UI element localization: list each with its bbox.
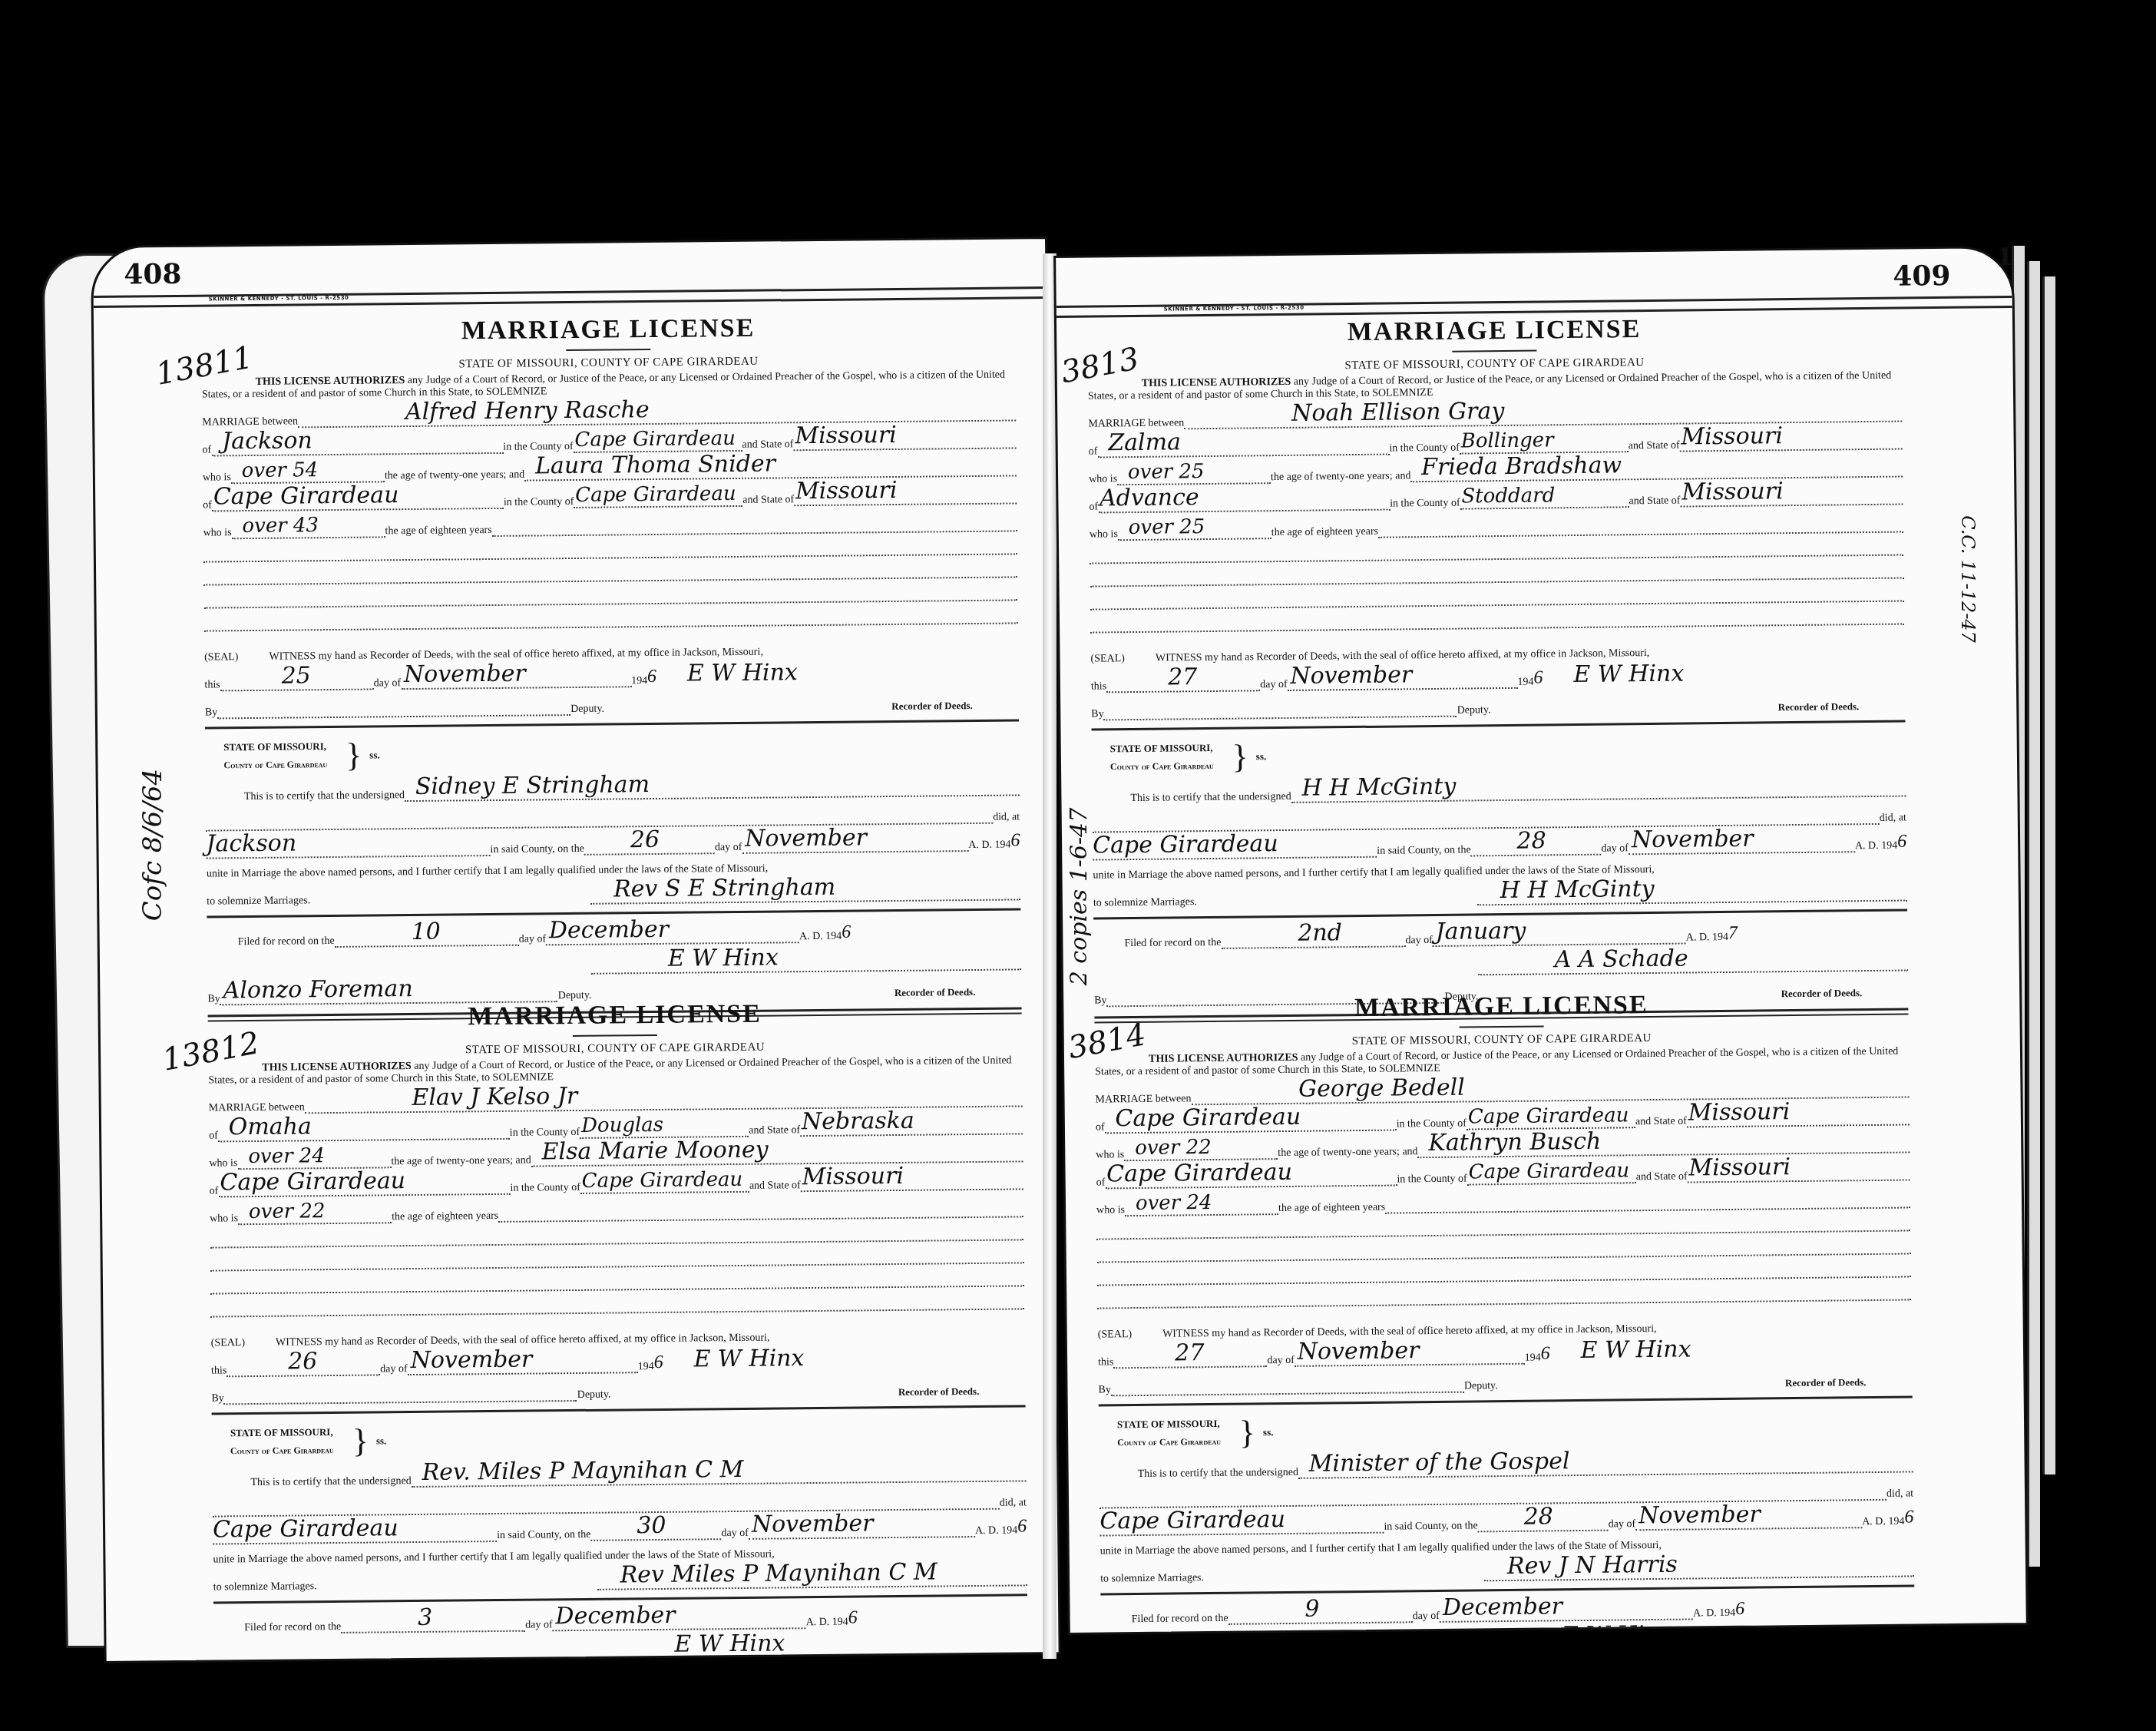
groom-county-field: Cape Girardeau bbox=[573, 430, 742, 453]
label: Recorder of Deeds. bbox=[1785, 1375, 1913, 1389]
label: County of Cape Girardeau bbox=[1117, 1433, 1221, 1451]
label: day of bbox=[525, 1619, 553, 1631]
label: this bbox=[211, 1365, 227, 1377]
label: who is bbox=[203, 527, 232, 539]
label: did, at bbox=[1886, 1488, 1913, 1500]
ceremony-month-field: November bbox=[1629, 831, 1855, 855]
brace: } bbox=[352, 1422, 369, 1461]
bride-county-field: Stoddard bbox=[1460, 486, 1629, 509]
ceremony-place-field: Cape Girardeau bbox=[213, 1521, 497, 1545]
label: did, at bbox=[993, 811, 1020, 823]
ceremony-place-field: Jackson bbox=[206, 835, 490, 859]
label: this bbox=[204, 679, 220, 691]
label: STATE OF MISSOURI, bbox=[1110, 739, 1214, 759]
label: did, at bbox=[1880, 813, 1906, 825]
filed-day: 3 bbox=[418, 1607, 432, 1630]
groom-state-field: Missouri bbox=[1679, 429, 1902, 452]
label: of bbox=[1089, 446, 1098, 458]
label: of bbox=[203, 500, 212, 512]
ceremony-place-field: Cape Girardeau bbox=[1093, 836, 1377, 861]
label: day of bbox=[1413, 1610, 1440, 1623]
bride-age: over 24 bbox=[1136, 1193, 1212, 1213]
label: Filed for record on the bbox=[1124, 937, 1221, 950]
filed-month: December bbox=[1443, 1595, 1562, 1620]
label: who is bbox=[203, 472, 231, 484]
groom-age: over 22 bbox=[1135, 1137, 1212, 1158]
filed-month: January bbox=[1436, 920, 1526, 944]
label: in said County, on the bbox=[1377, 844, 1471, 857]
groom-age-field: over 25 bbox=[1117, 462, 1271, 485]
officiant-name: Sidney E Stringham bbox=[415, 773, 650, 799]
label: the age of eighteen years bbox=[385, 525, 491, 538]
label: day of bbox=[519, 933, 547, 945]
bride-age-field: over 22 bbox=[238, 1202, 392, 1225]
filed-recorder-signature: E W Hinx bbox=[1562, 1623, 1672, 1635]
label: the age of twenty-one years; and bbox=[385, 469, 524, 483]
margin-note-right: C.C. 11-12-47 bbox=[1957, 515, 1979, 643]
bride-city-field: Cape Girardeau bbox=[218, 1173, 510, 1198]
filed-recorder-signature: E W Hinx bbox=[674, 1632, 785, 1656]
filed-year-digit: 6 bbox=[842, 922, 851, 943]
groom-state: Missouri bbox=[1681, 425, 1783, 448]
authorization-lead: THIS LICENSE AUTHORIZES bbox=[1149, 1052, 1298, 1065]
label: this bbox=[1091, 680, 1106, 693]
groom-state-field: Missouri bbox=[793, 427, 1016, 451]
label: County of Cape Girardeau bbox=[230, 1441, 334, 1460]
label: day of bbox=[1609, 1518, 1636, 1531]
label: and State of bbox=[1635, 1116, 1687, 1129]
bride-city-field: Cape Girardeau bbox=[212, 488, 504, 512]
label: 194 bbox=[631, 675, 647, 687]
bride-city-field: Advance bbox=[1098, 489, 1390, 514]
ceremony-day: 28 bbox=[1516, 829, 1546, 852]
recorder-signature: E W Hinx bbox=[1573, 663, 1684, 687]
label: ss. bbox=[1256, 750, 1267, 763]
ceremony-place: Cape Girardeau bbox=[1093, 832, 1278, 858]
groom-city: Omaha bbox=[229, 1115, 312, 1139]
groom-county: Bollinger bbox=[1461, 430, 1554, 451]
book-page-edges-right bbox=[2042, 276, 2055, 1474]
ceremony-place-field: Cape Girardeau bbox=[1099, 1512, 1384, 1537]
label: of bbox=[209, 1130, 218, 1142]
label: Recorder of Deeds. bbox=[891, 699, 1019, 713]
groom-county: Cape Girardeau bbox=[574, 429, 736, 450]
label: A. D. 194 bbox=[975, 1524, 1017, 1537]
label: 194 bbox=[638, 1361, 654, 1373]
groom-name: Elav J Kelso Jr bbox=[412, 1085, 577, 1110]
bride-state: Missouri bbox=[795, 479, 898, 503]
deputy-field bbox=[217, 694, 570, 719]
license-13812: 13812 MARRIAGE LICENSE STATE OF MISSOURI… bbox=[207, 995, 1028, 1663]
filed-recorder-signature: E W Hinx bbox=[668, 946, 779, 970]
title-rule bbox=[566, 349, 650, 351]
ceremony-place: Jackson bbox=[206, 832, 296, 856]
label: Deputy. bbox=[1464, 1380, 1498, 1392]
label: to solemnize Marriages. bbox=[213, 1580, 317, 1594]
ceremony-month-field: November bbox=[1635, 1507, 1862, 1531]
filed-month: December bbox=[549, 918, 669, 942]
groom-county-field: Bollinger bbox=[1460, 431, 1629, 454]
label: the age of twenty-one years; and bbox=[1271, 470, 1410, 484]
bride-state: Missouri bbox=[1681, 480, 1784, 504]
ceremony-day-field: 30 bbox=[590, 1518, 721, 1541]
page-number: 408 bbox=[124, 258, 182, 291]
authorization-lead: THIS LICENSE AUTHORIZES bbox=[262, 1061, 412, 1074]
officiant-signature: Rev S E Stringham bbox=[613, 876, 835, 902]
label: 194 bbox=[1525, 1352, 1541, 1365]
filed-recorder-field: E W Hinx bbox=[591, 941, 1021, 974]
label: the age of eighteen years bbox=[1271, 526, 1378, 539]
issued-day-field: 27 bbox=[1113, 1345, 1267, 1369]
label: This is to certify that the undersigned bbox=[244, 789, 405, 803]
officiant-signature: H H McGinty bbox=[1500, 878, 1655, 902]
officiant-name: Minister of the Gospel bbox=[1309, 1450, 1570, 1476]
ceremony-day-field: 28 bbox=[1470, 834, 1601, 857]
ceremony-month: November bbox=[745, 826, 867, 851]
issued-day: 26 bbox=[288, 1350, 317, 1373]
issued-year-digit: 6 bbox=[1533, 667, 1543, 688]
label: day of bbox=[380, 1363, 408, 1375]
filed-day-field: 9 bbox=[1228, 1601, 1412, 1625]
ceremony-place: Cape Girardeau bbox=[1099, 1508, 1285, 1534]
bride-county-field: Cape Girardeau bbox=[1467, 1162, 1636, 1185]
groom-age: over 25 bbox=[1128, 462, 1205, 482]
filed-month: December bbox=[555, 1604, 675, 1628]
bride-name: Laura Thoma Snider bbox=[535, 452, 775, 478]
groom-county: Cape Girardeau bbox=[1468, 1105, 1629, 1127]
label: and State of bbox=[749, 1124, 800, 1137]
issued-month-field: November bbox=[1295, 1343, 1525, 1367]
groom-city-field: Zalma bbox=[1097, 434, 1389, 458]
label: of bbox=[202, 445, 211, 457]
label: who is bbox=[1090, 528, 1118, 541]
label: day of bbox=[1601, 842, 1629, 855]
label: of bbox=[1096, 1121, 1105, 1134]
label: County of Cape Girardeau bbox=[223, 756, 327, 775]
brace: } bbox=[1232, 736, 1248, 776]
right-page: 409 SKINNER & KENNEDY - ST. LOUIS - R-25… bbox=[1053, 246, 2029, 1635]
label: this bbox=[1098, 1356, 1113, 1369]
bride-city: Cape Girardeau bbox=[1106, 1161, 1292, 1187]
issued-year-digit: 6 bbox=[653, 1352, 663, 1373]
groom-city-field: Jackson bbox=[211, 432, 503, 457]
filed-deputy-signature: Alonzo Foreman bbox=[223, 978, 413, 1002]
label: who is bbox=[210, 1213, 238, 1225]
filed-day: 9 bbox=[1305, 1598, 1319, 1621]
issued-day-field: 26 bbox=[227, 1354, 380, 1377]
deputy-field bbox=[224, 1380, 577, 1405]
filed-day-field: 10 bbox=[334, 925, 518, 948]
recorder-signature: E W Hinx bbox=[687, 661, 798, 685]
label: of bbox=[210, 1185, 219, 1197]
label: in the County of bbox=[504, 496, 574, 509]
groom-age-field: over 22 bbox=[1124, 1138, 1278, 1161]
label: County of Cape Girardeau bbox=[1110, 757, 1214, 776]
label: of bbox=[1089, 501, 1098, 514]
filed-month-field: December bbox=[552, 1607, 805, 1631]
section-rule bbox=[1099, 1395, 1913, 1406]
label: This is to certify that the undersigned bbox=[1130, 791, 1291, 805]
label: the age of twenty-one years; and bbox=[1278, 1146, 1417, 1160]
label: day of bbox=[715, 842, 742, 854]
label: to solemnize Marriages. bbox=[1093, 896, 1197, 909]
label: Recorder of Deeds. bbox=[1778, 700, 1906, 714]
issued-month: November bbox=[1298, 1339, 1420, 1364]
label: Filed for record on the bbox=[244, 1621, 341, 1634]
label: day of bbox=[721, 1527, 749, 1540]
bride-state: Missouri bbox=[1688, 1156, 1791, 1180]
ceremony-place: Cape Girardeau bbox=[213, 1517, 398, 1541]
bride-county-field: Cape Girardeau bbox=[574, 485, 742, 508]
groom-city: Jackson bbox=[222, 429, 312, 453]
label: Deputy. bbox=[1457, 704, 1491, 717]
label: in the County of bbox=[1390, 498, 1460, 511]
bride-name: Kathryn Busch bbox=[1428, 1130, 1601, 1155]
label: the age of eighteen years bbox=[1278, 1202, 1385, 1215]
label: and State of bbox=[742, 494, 794, 507]
label: who is bbox=[209, 1157, 237, 1170]
label: the age of twenty-one years; and bbox=[391, 1155, 531, 1169]
label: A. D. 194 bbox=[968, 839, 1010, 852]
ceremony-year-digit: 6 bbox=[1017, 1516, 1027, 1537]
bride-county-field: Cape Girardeau bbox=[580, 1171, 749, 1194]
issued-year-digit: 6 bbox=[647, 667, 656, 687]
label: who is bbox=[1096, 1149, 1124, 1161]
authorization-lead: THIS LICENSE AUTHORIZES bbox=[1142, 376, 1291, 389]
label: ss. bbox=[1263, 1426, 1274, 1438]
issued-day: 25 bbox=[281, 664, 310, 687]
tab-number: 1 bbox=[1996, 242, 2142, 271]
license-title: MARRIAGE LICENSE bbox=[201, 309, 1015, 348]
label: who is bbox=[1089, 473, 1117, 485]
label: day of bbox=[1260, 679, 1288, 691]
title-rule bbox=[1452, 350, 1536, 352]
bride-age-field: over 24 bbox=[1125, 1193, 1278, 1216]
bride-state-field: Missouri bbox=[801, 1168, 1023, 1192]
label: A. D. 194 bbox=[799, 931, 842, 944]
issued-day: 27 bbox=[1175, 1342, 1204, 1365]
filed-day-field: 3 bbox=[341, 1610, 525, 1633]
seal-label: (SEAL) bbox=[204, 651, 238, 664]
page-number: 409 bbox=[1893, 260, 1951, 293]
filed-day-field: 2nd bbox=[1221, 925, 1405, 949]
groom-state-field: Missouri bbox=[1687, 1104, 1910, 1127]
label: By bbox=[1091, 708, 1104, 720]
bride-state: Missouri bbox=[802, 1165, 904, 1189]
license-13813: 13813 MARRIAGE LICENSE STATE OF MISSOURI… bbox=[1087, 311, 1909, 1036]
label: Deputy. bbox=[570, 703, 604, 716]
groom-name: Alfred Henry Rasche bbox=[405, 399, 650, 424]
ceremony-day: 26 bbox=[630, 829, 660, 852]
groom-county: Douglas bbox=[581, 1115, 663, 1136]
ceremony-day: 28 bbox=[1524, 1505, 1553, 1528]
bride-age: over 22 bbox=[249, 1201, 326, 1222]
bride-state-field: Missouri bbox=[1680, 484, 1903, 508]
ceremony-month: November bbox=[752, 1512, 874, 1537]
section-rule bbox=[205, 719, 1019, 729]
groom-name: Noah Ellison Gray bbox=[1291, 400, 1505, 425]
label: to solemnize Marriages. bbox=[1100, 1572, 1204, 1585]
filed-month-field: December bbox=[546, 922, 799, 945]
label: in said County, on the bbox=[1384, 1520, 1478, 1533]
recorder-sig-field: E W Hinx bbox=[663, 1349, 1026, 1373]
label: A. D. 194 bbox=[1855, 840, 1897, 853]
label: A. D. 194 bbox=[1686, 932, 1728, 945]
deputy-field bbox=[1111, 1372, 1464, 1397]
book-page-edges-right bbox=[2027, 261, 2040, 1567]
groom-age-field: over 24 bbox=[237, 1147, 391, 1170]
recorder-sig-field: E W Hinx bbox=[656, 664, 1019, 687]
label: Filed for record on the bbox=[1132, 1613, 1228, 1626]
ceremony-month-field: November bbox=[749, 1516, 975, 1540]
margin-note-gutter: 2 copies 1-6-47 bbox=[1066, 808, 1093, 986]
filed-recorder-field: E W Hinx bbox=[597, 1627, 1027, 1660]
label: By bbox=[1098, 1384, 1111, 1396]
label: day of bbox=[1267, 1355, 1295, 1367]
officiant-signature-field: Rev J N Harris bbox=[1484, 1547, 1914, 1581]
filed-recorder-field: A A Schade bbox=[1478, 942, 1908, 976]
officiant-name: Rev. Miles P Maynihan C M bbox=[422, 1458, 743, 1484]
ceremony-month: November bbox=[1638, 1504, 1761, 1528]
officiant-signature-field: Rev Miles P Maynihan C M bbox=[597, 1557, 1027, 1590]
label: A. D. 194 bbox=[1693, 1607, 1735, 1620]
ceremony-day-field: 26 bbox=[584, 832, 715, 856]
label: day of bbox=[1405, 935, 1433, 947]
bride-city: Cape Girardeau bbox=[220, 1170, 405, 1194]
title-rule bbox=[573, 1034, 657, 1037]
bride-city-field: Cape Girardeau bbox=[1105, 1164, 1397, 1189]
deputy-field bbox=[1103, 696, 1457, 721]
label: Recorder of Deeds. bbox=[898, 1385, 1026, 1398]
label: This is to certify that the undersigned bbox=[1138, 1467, 1298, 1481]
issued-day-field: 25 bbox=[220, 668, 374, 691]
ceremony-year-digit: 6 bbox=[1897, 832, 1906, 852]
bride-county: Cape Girardeau bbox=[575, 484, 736, 505]
bride-county: Cape Girardeau bbox=[1469, 1160, 1630, 1182]
bride-state-field: Missouri bbox=[1687, 1159, 1910, 1183]
groom-city-field: Cape Girardeau bbox=[1104, 1109, 1396, 1134]
seal-label: (SEAL) bbox=[1090, 653, 1124, 665]
issued-year-digit: 6 bbox=[1541, 1343, 1550, 1364]
title-rule bbox=[1460, 1025, 1544, 1028]
filed-recorder-signature: A A Schade bbox=[1555, 947, 1688, 971]
label: 194 bbox=[1517, 677, 1533, 689]
label: in the County of bbox=[1397, 1173, 1467, 1187]
label: in the County of bbox=[510, 1182, 580, 1195]
seal-label: (SEAL) bbox=[1098, 1329, 1132, 1341]
label: ss. bbox=[369, 749, 380, 761]
label: did, at bbox=[1000, 1497, 1027, 1509]
bride-county: Cape Girardeau bbox=[582, 1170, 743, 1191]
label: By bbox=[205, 707, 217, 719]
filed-year-digit: 6 bbox=[1735, 1599, 1744, 1620]
ceremony-month: November bbox=[1632, 828, 1754, 852]
left-page: 408 SKINNER & KENNEDY - ST. LOUIS - R-25… bbox=[91, 237, 1061, 1663]
section-rule bbox=[212, 1405, 1026, 1415]
bride-age: over 25 bbox=[1129, 517, 1205, 538]
license-title: MARRIAGE LICENSE bbox=[1087, 311, 1901, 350]
filed-month-field: December bbox=[1440, 1598, 1693, 1622]
label: By bbox=[211, 1392, 223, 1405]
recorder-sig-field: E W Hinx bbox=[1550, 1340, 1913, 1364]
label: This is to certify that the undersigned bbox=[250, 1475, 411, 1489]
filed-year-digit: 6 bbox=[848, 1607, 858, 1628]
groom-name: George Bedell bbox=[1298, 1077, 1465, 1101]
issued-month: November bbox=[1290, 664, 1412, 688]
label: who is bbox=[1096, 1204, 1125, 1216]
label: STATE OF MISSOURI, bbox=[230, 1423, 334, 1443]
groom-county-field: Douglas bbox=[580, 1116, 749, 1139]
recorder-signature: E W Hinx bbox=[693, 1347, 804, 1371]
groom-state-field: Nebraska bbox=[800, 1113, 1023, 1137]
officiant-name: H H McGinty bbox=[1301, 776, 1456, 800]
ceremony-month-field: November bbox=[742, 830, 968, 854]
license-13811: 13811 MARRIAGE LICENSE STATE OF MISSOURI… bbox=[201, 309, 1022, 1034]
filed-day: 2nd bbox=[1298, 922, 1342, 945]
book-gutter bbox=[1043, 253, 1057, 1659]
brace: } bbox=[346, 736, 362, 775]
groom-city-field: Omaha bbox=[218, 1118, 510, 1143]
label: A. D. 194 bbox=[806, 1617, 848, 1630]
label: and State of bbox=[1636, 1171, 1688, 1184]
ceremony-day-field: 28 bbox=[1478, 1510, 1609, 1533]
issued-day: 27 bbox=[1168, 666, 1197, 689]
issued-month-field: November bbox=[407, 1352, 637, 1375]
authorization-lead: THIS LICENSE AUTHORIZES bbox=[256, 375, 405, 388]
brace: } bbox=[1239, 1412, 1256, 1451]
bride-name: Frieda Bradshaw bbox=[1421, 454, 1622, 479]
label: STATE OF MISSOURI, bbox=[223, 737, 327, 757]
officiant-signature: Rev J N Harris bbox=[1507, 1554, 1678, 1578]
label: and State of bbox=[1629, 495, 1680, 508]
label: Filed for record on the bbox=[238, 935, 335, 948]
bride-county: Stoddard bbox=[1461, 485, 1555, 506]
bride-name: Elsa Marie Mooney bbox=[541, 1139, 768, 1164]
label: in said County, on the bbox=[491, 843, 585, 856]
bride-city: Advance bbox=[1099, 486, 1199, 510]
groom-city: Cape Girardeau bbox=[1115, 1106, 1301, 1131]
ceremony-year-digit: 6 bbox=[1904, 1507, 1913, 1527]
groom-state: Missouri bbox=[1688, 1100, 1791, 1124]
officiant-signature-field: H H McGinty bbox=[1477, 872, 1907, 906]
label: ss. bbox=[376, 1435, 387, 1447]
groom-age-field: over 54 bbox=[231, 461, 385, 484]
filed-year-digit: 7 bbox=[1728, 923, 1738, 944]
bride-age-field: over 25 bbox=[1118, 518, 1271, 541]
label: the age of eighteen years bbox=[392, 1210, 498, 1223]
ceremony-day: 30 bbox=[637, 1514, 666, 1537]
label: STATE OF MISSOURI, bbox=[1117, 1415, 1221, 1435]
bride-state-field: Missouri bbox=[794, 482, 1017, 506]
bride-age-field: over 43 bbox=[231, 516, 385, 539]
label: and State of bbox=[1629, 440, 1680, 453]
groom-state: Nebraska bbox=[802, 1110, 914, 1134]
officiant-signature-field: Rev S E Stringham bbox=[590, 871, 1020, 904]
bride-city: Cape Girardeau bbox=[213, 484, 399, 508]
label: and State of bbox=[749, 1180, 801, 1193]
seal-label: (SEAL) bbox=[211, 1337, 245, 1349]
issued-month: November bbox=[404, 663, 526, 687]
issued-day-field: 27 bbox=[1106, 670, 1260, 693]
label: and State of bbox=[742, 439, 794, 452]
issued-month-field: November bbox=[1287, 667, 1517, 691]
label: Deputy. bbox=[577, 1389, 611, 1402]
margin-note-left: Cofc 8/6/64 bbox=[137, 769, 168, 921]
officiant-signature: Rev Miles P Maynihan C M bbox=[620, 1561, 937, 1587]
filed-month-field: January bbox=[1433, 923, 1686, 947]
label: day of bbox=[374, 677, 402, 690]
groom-age: over 24 bbox=[248, 1146, 325, 1167]
